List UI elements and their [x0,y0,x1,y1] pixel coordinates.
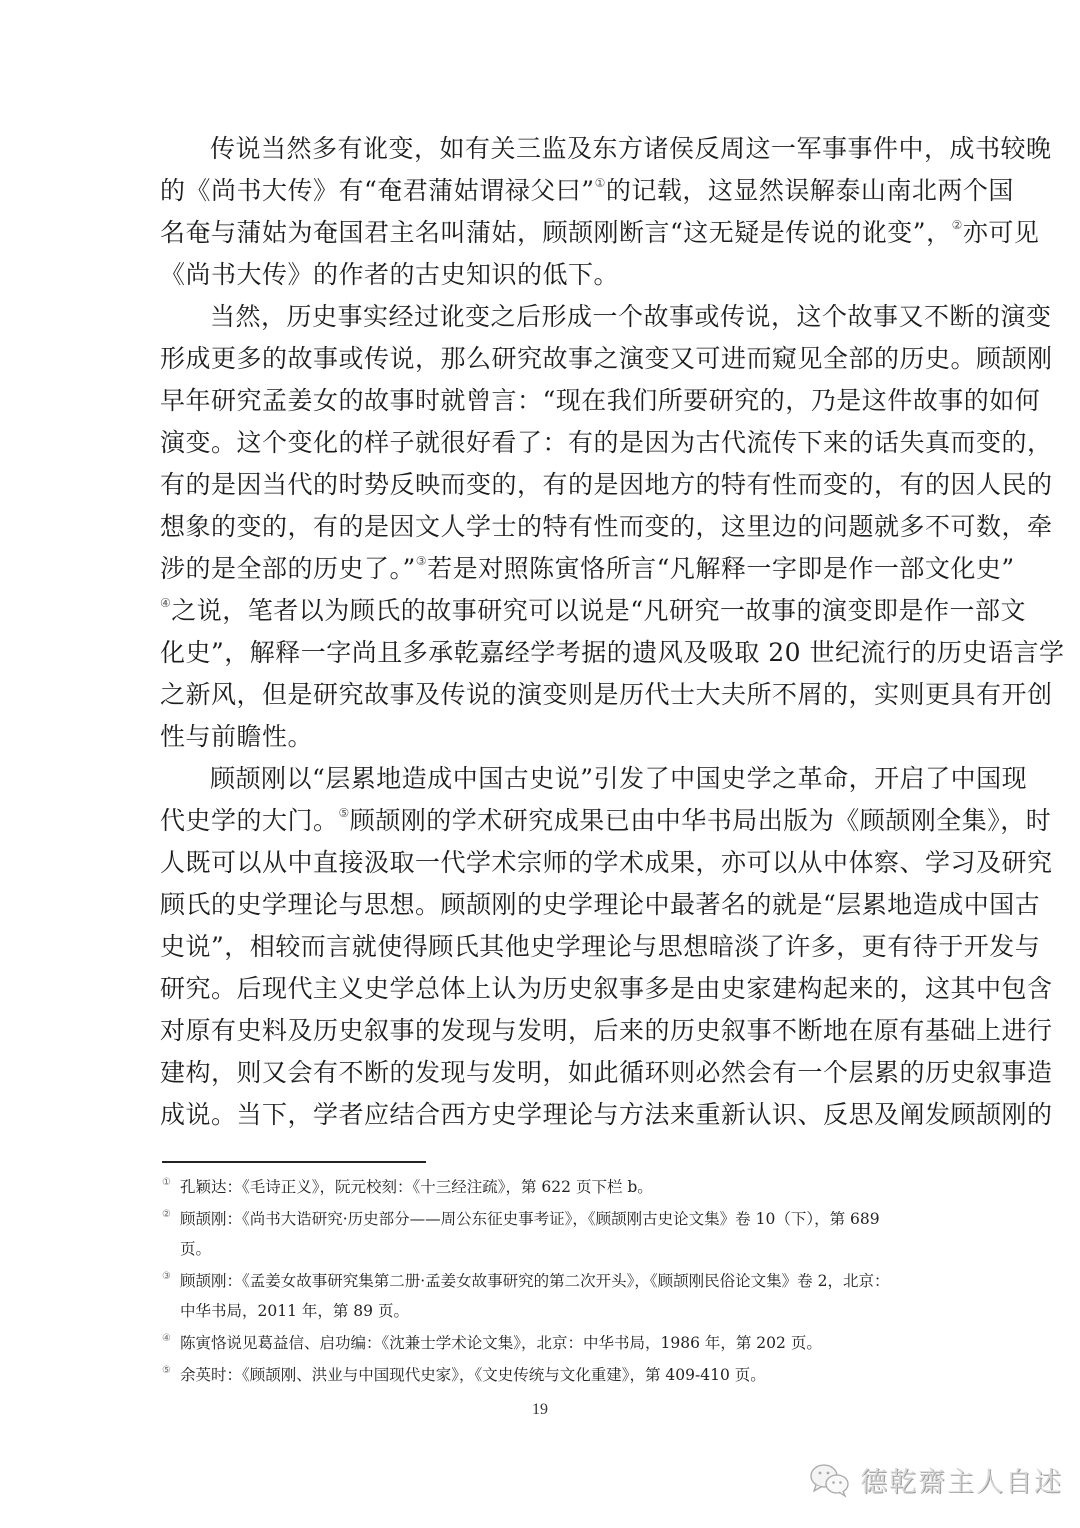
wechat-icon [808,1462,852,1498]
text-line: 建构，则又会有不断的发现与发明，如此循环则必然会有一个层累的历史叙事造 [160,1052,922,1094]
text-line: 有的是因当代的时势反映而变的，有的是因地方的特有性而变的，有的因人民的 [160,464,922,506]
footnote-ref[interactable]: ③ [416,554,427,568]
text-line: 人既可以从中直接汲取一代学术宗师的学术成果，亦可以从中体察、学习及研究 [160,842,922,884]
footnote-mark: ② [162,1200,171,1230]
footnote: ③顾颉刚：《孟姜女故事研究集第二册·孟姜女故事研究的第二次开头》，《顾颉刚民俗论… [162,1266,922,1326]
footnote-text: 孔颖达：《毛诗正义》，阮元校刻：《十三经注疏》，第 622 页下栏 b。 [180,1172,922,1202]
document-page: 传说当然多有讹变，如有关三监及东方诸侯反周这一军事事件中，成书较晚的《尚书大传》… [0,0,1080,1528]
text-line: 史说”，相较而言就使得顾氏其他史学理论与思想暗淡了许多，更有待于开发与 [160,926,922,968]
footnote-ref[interactable]: ② [952,218,963,232]
page-number: 19 [0,1401,1080,1419]
footnote-text: 中华书局，2011 年，第 89 页。 [180,1296,922,1326]
paragraph: 顾颉刚以“层累地造成中国古史说”引发了中国史学之革命，开启了中国现代史学的大门。… [160,758,922,1136]
footnote-text: 页。 [180,1234,922,1264]
text-line: 研究。后现代主义史学总体上认为历史叙事多是由史家建构起来的，这其中包含 [160,968,922,1010]
text-line: ④之说，笔者以为顾氏的故事研究可以说是“凡研究一故事的演变即是作一部文 [160,590,922,632]
body-text: 传说当然多有讹变，如有关三监及东方诸侯反周这一军事事件中，成书较晚的《尚书大传》… [160,128,922,1136]
text-line: 成说。当下，学者应结合西方史学理论与方法来重新认识、反思及阐发顾颉刚的 [160,1094,922,1136]
text-line: 之新风，但是研究故事及传说的演变则是历代士大夫所不屑的，实则更具有开创 [160,674,922,716]
footnote-mark: ③ [162,1262,171,1292]
text-line: 代史学的大门。⑤顾颉刚的学术研究成果已由中华书局出版为《顾颉刚全集》，时 [160,800,922,842]
footnote-text: 顾颉刚：《孟姜女故事研究集第二册·孟姜女故事研究的第二次开头》，《顾颉刚民俗论文… [180,1266,922,1296]
text-line: 顾氏的史学理论与思想。顾颉刚的史学理论中最著名的就是“层累地造成中国古 [160,884,922,926]
text-line: 形成更多的故事或传说，那么研究故事之演变又可进而窥见全部的历史。顾颉刚 [160,338,922,380]
footnote-ref[interactable]: ⑤ [339,806,350,820]
footnote-text: 余英时：《顾颉刚、洪业与中国现代史家》，《文史传统与文化重建》，第 409-41… [180,1360,922,1390]
text-line: 涉的是全部的历史了。”③若是对照陈寅恪所言“凡解释一字即是作一部文化史” [160,548,922,590]
text-line: 当然，历史事实经过讹变之后形成一个故事或传说，这个故事又不断的演变 [160,296,922,338]
text-line: 对原有史料及历史叙事的发现与发明，后来的历史叙事不断地在原有基础上进行 [160,1010,922,1052]
footnote: ⑤余英时：《顾颉刚、洪业与中国现代史家》，《文史传统与文化重建》，第 409-4… [162,1360,922,1390]
footnote: ④陈寅恪说见葛益信、启功编：《沈兼士学术论文集》，北京：中华书局，1986 年，… [162,1328,922,1358]
footnote-ref[interactable]: ④ [160,596,171,610]
text-line: 早年研究孟姜女的故事时就曾言：“现在我们所要研究的，乃是这件故事的如何 [160,380,922,422]
watermark: 德乾齋主人自述 [808,1460,1063,1499]
text-line: 的《尚书大传》有“奄君蒲姑谓禄父曰”①的记载，这显然误解泰山南北两个国 [160,170,922,212]
text-line: 想象的变的，有的是因文人学士的特有性而变的，这里边的问题就多不可数，牵 [160,506,922,548]
paragraph: 传说当然多有讹变，如有关三监及东方诸侯反周这一军事事件中，成书较晚的《尚书大传》… [160,128,922,296]
text-line: 《尚书大传》的作者的古史知识的低下。 [160,254,922,296]
footnote-mark: ⑤ [162,1356,171,1386]
paragraph: 当然，历史事实经过讹变之后形成一个故事或传说，这个故事又不断的演变形成更多的故事… [160,296,922,758]
text-line: 性与前瞻性。 [160,716,922,758]
footnote: ①孔颖达：《毛诗正义》，阮元校刻：《十三经注疏》，第 622 页下栏 b。 [162,1172,922,1202]
footnote-mark: ④ [162,1324,171,1354]
text-line: 名奄与蒲姑为奄国君主名叫蒲姑，顾颉刚断言“这无疑是传说的讹变”，②亦可见 [160,212,922,254]
footnotes: ①孔颖达：《毛诗正义》，阮元校刻：《十三经注疏》，第 622 页下栏 b。②顾颉… [162,1172,922,1392]
footnote-text: 顾颉刚：《尚书大诰研究·历史部分——周公东征史事考证》，《顾颉刚古史论文集》卷 … [180,1204,922,1234]
footnote-separator [162,1161,426,1163]
footnote: ②顾颉刚：《尚书大诰研究·历史部分——周公东征史事考证》，《顾颉刚古史论文集》卷… [162,1204,922,1264]
footnote-mark: ① [162,1168,171,1198]
footnote-ref[interactable]: ① [595,176,606,190]
watermark-text: 德乾齋主人自述 [860,1460,1063,1499]
text-line: 传说当然多有讹变，如有关三监及东方诸侯反周这一军事事件中，成书较晚 [160,128,922,170]
text-line: 演变。这个变化的样子就很好看了：有的是因为古代流传下来的话失真而变的， [160,422,922,464]
text-line: 化史”，解释一字尚且多承乾嘉经学考据的遗风及吸取 20 世纪流行的历史语言学 [160,632,922,674]
text-line: 顾颉刚以“层累地造成中国古史说”引发了中国史学之革命，开启了中国现 [160,758,922,800]
footnote-text: 陈寅恪说见葛益信、启功编：《沈兼士学术论文集》，北京：中华书局，1986 年，第… [180,1328,922,1358]
